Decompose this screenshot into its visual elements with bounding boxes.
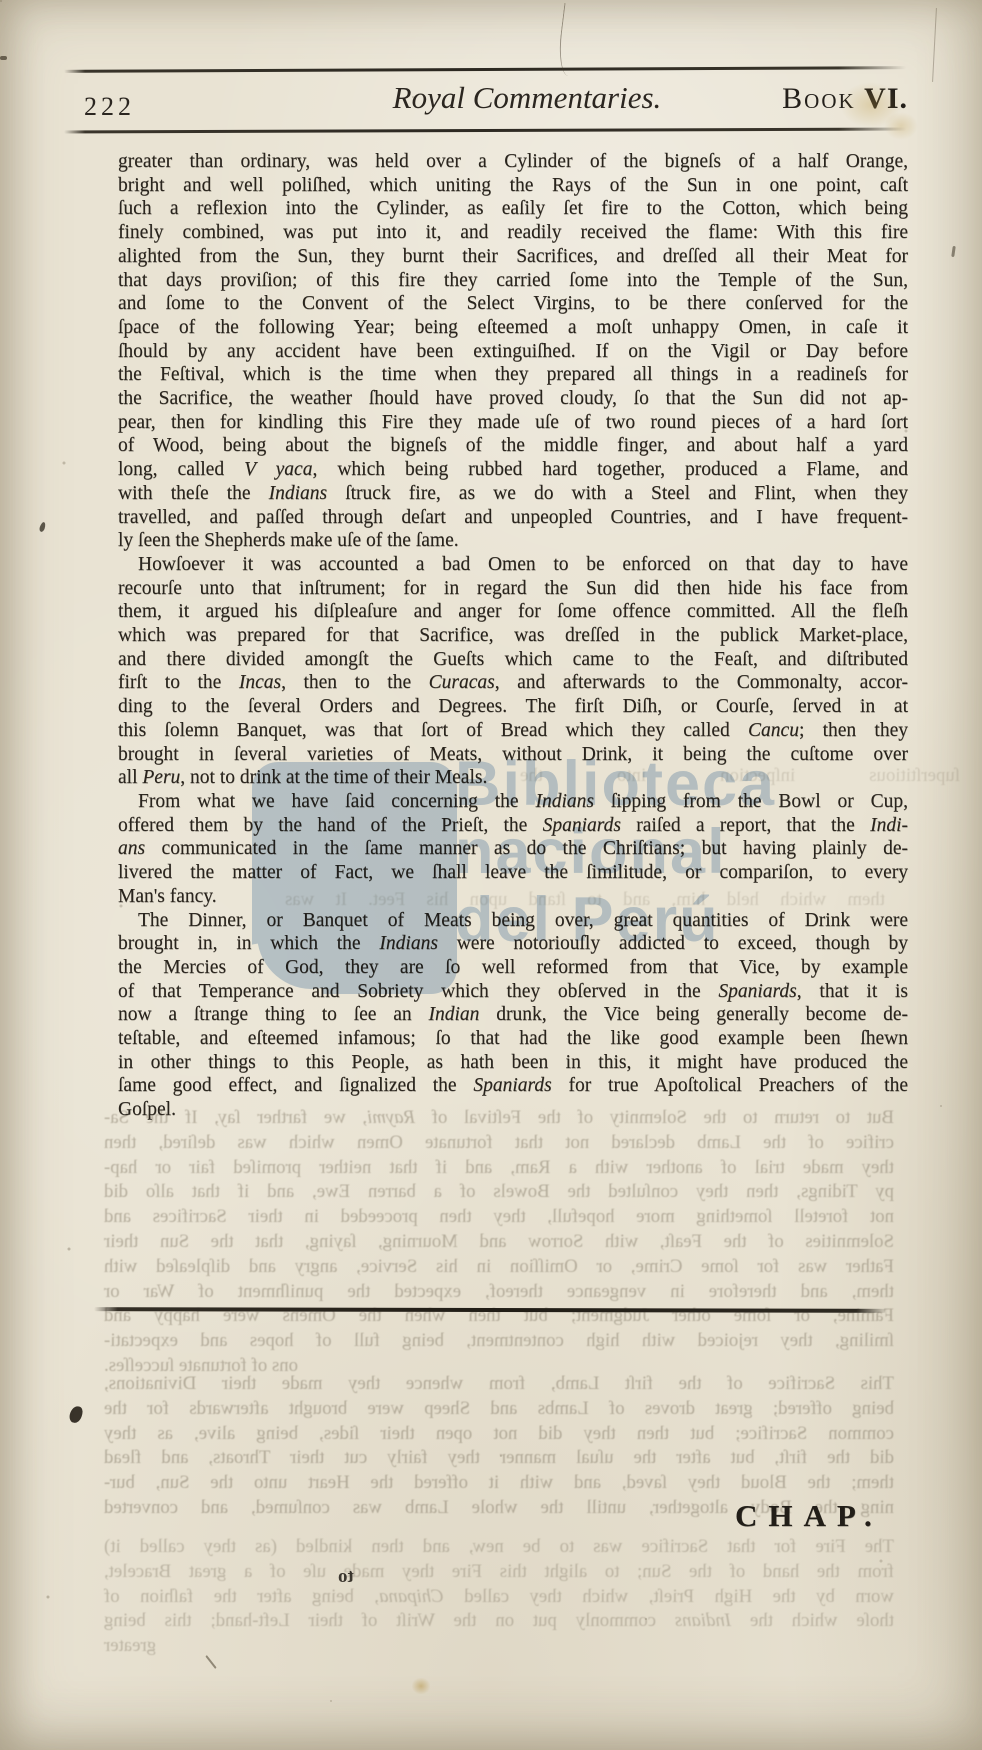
ghost-text-line: Solemnities of the Feaſt, with Sorrow an…	[104, 1230, 894, 1255]
paragraph: Howſoever it was accounted a bad Omen to…	[118, 553, 908, 790]
text-line: finely combined, was put into it, and re…	[118, 221, 908, 245]
text-line: bright and well poliſhed, which uniting …	[118, 174, 908, 198]
ghost-text-line: not foretell ſomething more hopefull, th…	[104, 1205, 894, 1230]
text-line: the Feſtival, which is the time when the…	[118, 363, 908, 387]
text-line: recourſe unto that inſtrument; for in re…	[118, 577, 908, 601]
text-line: of that Temperance and Sobriety which th…	[118, 980, 908, 1004]
text-line: ly ſeen the Shepherds make uſe of the ſa…	[118, 529, 908, 553]
ghost-text-block: But to return to the Solemnity of the Fe…	[104, 1106, 894, 1379]
ghost-text-line: This Sacrifice of the firſt Lamb, from w…	[104, 1372, 894, 1397]
ghost-text-line: The Fire for that Sacrifice was to be ne…	[104, 1535, 894, 1560]
text-line: that days proviſion; of this fire they c…	[118, 269, 908, 293]
text-line: which was prepared for that Sacrifice, w…	[118, 624, 908, 648]
text-line: travelled, and paſſed through deſart and…	[118, 506, 908, 530]
text-line: the Sacrifice, the weather ſhould have p…	[118, 387, 908, 411]
ghost-text-line: thoſe which the Indians commonly put on …	[104, 1609, 894, 1634]
ghost-text-line: worn by the High Prieſt, which they call…	[104, 1585, 894, 1610]
text-line: ſhould by any accident have been extingu…	[118, 340, 908, 364]
book-label: Book	[782, 82, 856, 115]
text-line: greater than ordinary, was held over a C…	[118, 150, 908, 174]
text-line: Man's fancy.	[118, 885, 908, 909]
text-line: of Wood, being about the bigneſs of the …	[118, 434, 908, 458]
ghost-text-line: Father was for ſome Crime, or Omiſſion i…	[104, 1255, 894, 1280]
text-line: ſuch a reflexion into the Cylinder, as e…	[118, 197, 908, 221]
text-line: pear, then for kindling this Fire they m…	[118, 411, 908, 435]
paragraph: The Dinner, or Banquet of Meats being ov…	[118, 909, 908, 1122]
text-line: in other things to this People, as hath …	[118, 1051, 908, 1075]
ghost-text-line: ſmiling, they rejoiced with high content…	[104, 1329, 894, 1354]
catchword: CHAP.	[735, 1498, 883, 1534]
text-line: this ſolemn Banquet, was that ſort of Br…	[118, 719, 908, 743]
text-line: livered the matter of Fact, we ſhall lea…	[118, 861, 908, 885]
text-line: firſt to the Incas, then to the Curacas,…	[118, 671, 908, 695]
ghost-text-line: py Tidings, then they conſulted the Bowe…	[104, 1180, 894, 1205]
text-line: long, called V yaca, which being rubbed …	[118, 458, 908, 482]
text-line: the Mercies of God, they are ſo well ref…	[118, 956, 908, 980]
ghost-text-line: did the firſt, but after the uſual manne…	[104, 1446, 894, 1471]
text-line: and there divided amongſt the Gueſts whi…	[118, 648, 908, 672]
text-line: ſame good effect, and ſignalized the Spa…	[118, 1074, 908, 1098]
text-line: brought in ſeveral varieties of Meats, w…	[118, 743, 908, 767]
text-line: ſpace of the following Year; being eſtee…	[118, 316, 908, 340]
paragraph: greater than ordinary, was held over a C…	[118, 150, 908, 553]
text-line: teſtable, and eſteemed infamous; ſo that…	[118, 1027, 908, 1051]
ghost-text-line: being offered; great droves of Lambs and…	[104, 1397, 894, 1422]
ghost-text-block: The Fire for that Sacrifice was to be ne…	[104, 1535, 894, 1659]
ghost-text-line: from the hand of the Sun; to alight this…	[104, 1560, 894, 1585]
text-line: ans communicated in the ſame manner as d…	[118, 837, 908, 861]
ghost-text-line: they made trial of another with a Ram, a…	[104, 1156, 894, 1181]
ghost-text-line: greater	[104, 1634, 894, 1659]
ghost-text-line: them; the Bloud they ſaved, and with it …	[104, 1471, 894, 1496]
text-line: them, it argued his diſpleaſure and ange…	[118, 600, 908, 624]
text-line: and ſome to the Convent of the Select Vi…	[118, 292, 908, 316]
ghost-text-line: them, and therefore in vengeance thereof…	[104, 1280, 894, 1305]
text-line: alighted from the Sun, they burnt their …	[118, 245, 908, 269]
text-line: with theſe the Indians ſtruck fire, as w…	[118, 482, 908, 506]
book-numeral: VI.	[864, 82, 908, 115]
ghost-text-line: crifice of the Lamb declared not that fo…	[104, 1131, 894, 1156]
text-line: Goſpel.	[118, 1098, 908, 1122]
text-line: brought in, in which the Indians were no…	[118, 932, 908, 956]
text-line: now a ſtrange thing to ſee an Indian dru…	[118, 1003, 908, 1027]
text-line: Howſoever it was accounted a bad Omen to…	[118, 553, 908, 577]
body-text: greater than ordinary, was held over a C…	[118, 150, 908, 1122]
paragraph: From what we have ſaid concerning the In…	[118, 790, 908, 909]
book-heading: Book VI.	[782, 82, 908, 116]
text-line: From what we have ſaid concerning the In…	[118, 790, 908, 814]
text-line: offered them by the hand of the Prieſt, …	[118, 814, 908, 838]
text-line: ding to the ſeveral Orders and Degrees. …	[118, 695, 908, 719]
ghost-text-line: common Sacrifice; but then they did not …	[104, 1422, 894, 1447]
text-line: The Dinner, or Banquet of Meats being ov…	[118, 909, 908, 933]
text-line: all Peru, not to drink at the time of th…	[118, 766, 908, 790]
